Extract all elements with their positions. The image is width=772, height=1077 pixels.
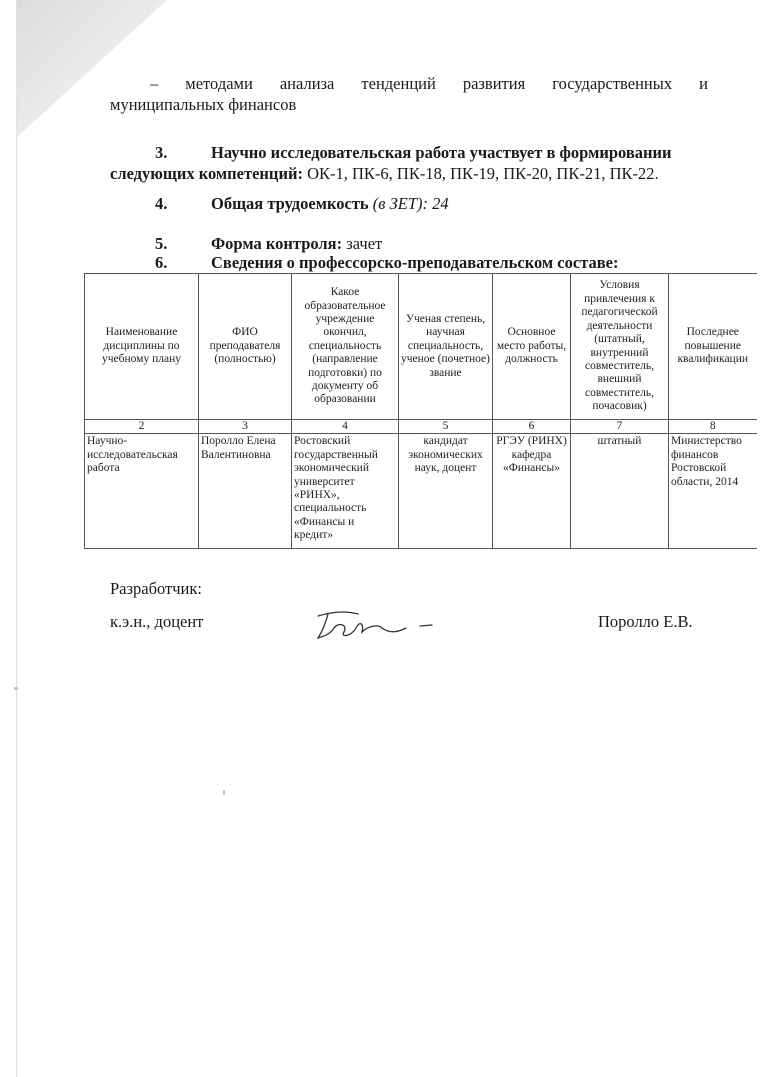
- bullet-dash: –: [150, 74, 158, 94]
- section-heading: Научно исследовательская работа участвуе…: [211, 143, 672, 162]
- header-teacher: ФИО преподавателя (полностью): [199, 274, 292, 420]
- section-heading: Общая трудоемкость: [211, 194, 369, 213]
- table-row: Научно-исследовательская работа Поролло …: [85, 434, 757, 549]
- header-education: Какое образовательное учреждение окончил…: [292, 274, 399, 420]
- cell-employment: штатный: [571, 434, 669, 549]
- section-3-line2: следующих компетенций: ОК-1, ПК-6, ПК-18…: [110, 164, 659, 184]
- section-number: 5.: [155, 234, 211, 254]
- intro-bullet-line1: – методами анализа тенденций развития го…: [150, 74, 708, 94]
- section-heading: Сведения о профессорско-преподавательско…: [211, 253, 618, 272]
- cell-discipline: Научно-исследовательская работа: [85, 434, 199, 549]
- cell-qualification: Министерство финансов Ростовской области…: [669, 434, 757, 549]
- cell-education: Ростовский государственный экономический…: [292, 434, 399, 549]
- control-form-value: зачет: [342, 234, 382, 253]
- table-header-row: Наименование дисциплины по учебному план…: [85, 274, 757, 420]
- developer-position: к.э.н., доцент: [110, 612, 203, 632]
- section-6: 6.Сведения о профессорско-преподавательс…: [155, 253, 618, 273]
- header-employment: Условия привлечения к педагогической дея…: [571, 274, 669, 420]
- competencies-list: ОК-1, ПК-6, ПК-18, ПК-19, ПК-20, ПК-21, …: [303, 164, 659, 183]
- section-5: 5.Форма контроля: зачет: [155, 234, 382, 254]
- cell-workplace: РГЭУ (РИНХ) кафедра «Финансы»: [493, 434, 571, 549]
- section-4: 4.Общая трудоемкость (в ЗЕТ): 24: [155, 194, 449, 214]
- folded-corner: [17, 0, 167, 137]
- developer-name: Поролло Е.В.: [598, 612, 693, 632]
- section-number: 4.: [155, 194, 211, 214]
- column-number-row: 2 3 4 5 6 7 8: [85, 420, 757, 434]
- scan-speck: [223, 790, 225, 795]
- signature-icon: [308, 606, 448, 646]
- header-qualification: Последнее повышение квалификации: [669, 274, 757, 420]
- section-3-line1: 3.Научно исследовательская работа участв…: [155, 143, 672, 163]
- intro-bullet-line2: муниципальных финансов: [110, 95, 296, 115]
- section-heading: Форма контроля:: [211, 234, 342, 253]
- staff-table: Наименование дисциплины по учебному план…: [84, 273, 757, 549]
- developer-label: Разработчик:: [110, 579, 202, 599]
- cell-degree: кандидат экономических наук, доцент: [399, 434, 493, 549]
- header-discipline: Наименование дисциплины по учебному план…: [85, 274, 199, 420]
- header-degree: Ученая степень, научная специальность, у…: [399, 274, 493, 420]
- credits-value: (в ЗЕТ): 24: [369, 194, 449, 213]
- header-workplace: Основное место работы, должность: [493, 274, 571, 420]
- page-edge: [16, 0, 17, 1077]
- section-number: 6.: [155, 253, 211, 273]
- cell-teacher: Поролло Елена Валентиновна: [199, 434, 292, 549]
- scan-speck: [14, 687, 18, 690]
- section-number: 3.: [155, 143, 211, 163]
